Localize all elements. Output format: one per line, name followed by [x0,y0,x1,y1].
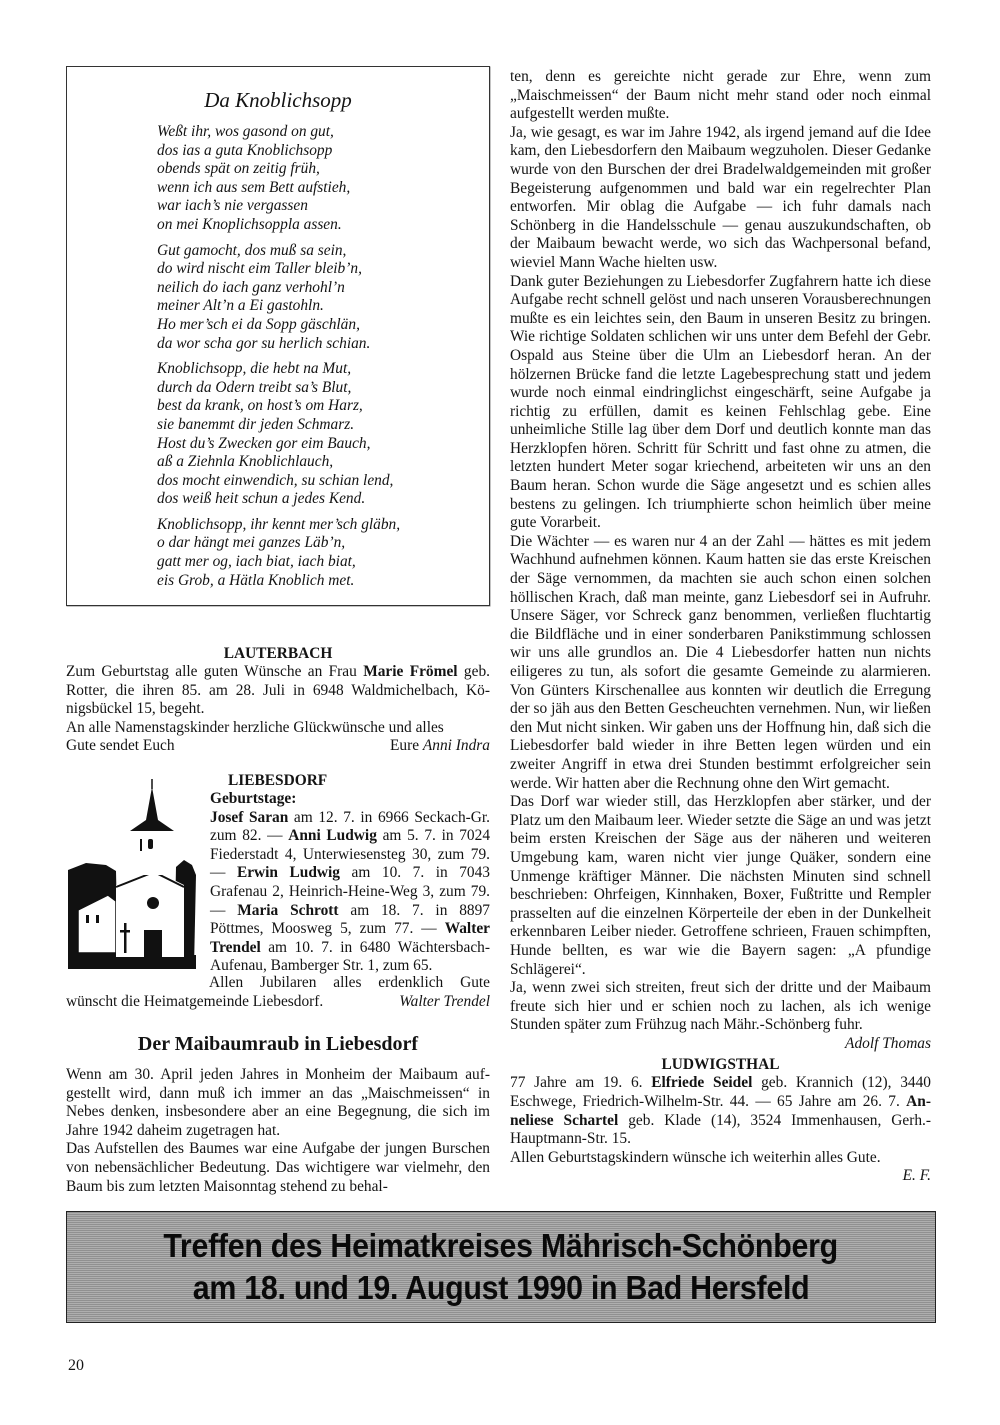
event-banner: Treffen des Heimatkreises Mährisch-Schön… [66,1211,936,1323]
lauterbach-nameday-text: An alle Namenstagskinder herzliche Glück… [66,719,490,738]
poem-title: Da Knoblichsopp [67,87,489,113]
lauterbach-section: LAUTERBACH Zum Geburtstag alle guten Wün… [66,644,490,756]
poem-box: Da Knoblichsopp Weßt ihr, wos gasond on … [66,66,490,606]
poem-line: Ho mer’sch ei da Sopp gäschlän, [157,316,400,335]
poem-line: dos weiß heit schun a jedes Kend. [157,490,400,509]
article-paragraph: Wenn am 30. April jeden Jahres in Monhei… [66,1066,490,1140]
poem-line: dos mocht einwendich, su schian lend, [157,472,400,491]
ludwigsthal-birthday-text: 77 Jahre am 19. 6. Elfriede Seidel geb. … [510,1074,931,1148]
section-heading: LIEBESDORF [210,771,490,790]
poem-line: war iach’s nie vergassen [157,197,400,216]
poem-line: eis Grob, a Hätla Knoblich met. [157,572,400,591]
section-heading: LUDWIGSTHAL [510,1055,931,1074]
person-name: Josef Saran [210,809,288,826]
poem-body: Weßt ihr, wos gasond on gut, dos ias a g… [157,123,400,597]
poem-line: sie banemmt dir jeden Schmarz. [157,416,400,435]
birthday-list: Josef Saran am 12. 7. in 6966 Seckach-Gr… [210,809,490,976]
banner-line-2: am 18. und 19. August 1990 in Bad Hersfe… [193,1267,810,1309]
signature: Eure Anni Indra [390,737,490,756]
banner-line-1: Treffen des Heimatkreises Mährisch-Schön… [164,1225,839,1267]
article-author: Adolf Thomas [510,1035,931,1054]
article-left-column: Wenn am 30. April jeden Jahres in Monhei… [66,1066,490,1196]
poem-line: on mei Knoplichsoppla assen. [157,216,400,235]
poem-line: obends spät on zeitig früh, [157,160,400,179]
poem-line: da wor scha gor su herlich schian. [157,335,400,354]
article-title: Der Maibaumraub in Liebesdorf [66,1032,490,1056]
person-name: Marie Frömel [363,663,457,680]
liebesdorf-text: LIEBESDORF Geburtstage: Josef Saran am 1… [210,771,490,976]
poem-line: Weßt ihr, wos gasond on gut, [157,123,400,142]
poem-line: Knoblichsopp, die hebt na Mut, [157,360,400,379]
person-name: Elfriede Seidel [651,1074,752,1091]
page-number: 20 [68,1357,84,1375]
person-name: Maria Schrott [237,902,338,919]
poem-line: durch da Odern treibt sa’s Blut, [157,379,400,398]
poem-line: gatt mer og, iach biat, iach biat, [157,553,400,572]
liebesdorf-section: LIEBESDORF Geburtstage: Josef Saran am 1… [66,771,490,1011]
left-column: Da Knoblichsopp Weßt ihr, wos gasond on … [66,66,490,606]
lauterbach-birthday-text: Zum Geburtstag alle guten Wünsche an Fra… [66,663,490,719]
poem-line: Host du’s Zwecken gor eim Bauch, [157,435,400,454]
poem-line: dos ias a guta Knoblichsopp [157,142,400,161]
poem-line: meiner Alt’n a Ei gastohln. [157,297,400,316]
poem-stanza: Knoblichsopp, ihr kennt mer’sch gläbn, o… [157,516,400,590]
article-paragraph: Das Aufstellen des Baumes war eine Aufga… [66,1140,490,1196]
article-paragraph: ten, denn es gereichte nicht gerade zur … [510,68,931,124]
article-paragraph: Dank guter Beziehungen zu Liebesdorfer Z… [510,273,931,533]
poem-stanza: Knoblichsopp, die hebt na Mut, durch da … [157,360,400,509]
poem-line: Gut gamocht, dos muß sa sein, [157,242,400,261]
poem-line: wenn ich aus sem Bett aufstieh, [157,179,400,198]
poem-line: best da krank, on host’s om Harz, [157,397,400,416]
person-name: Erwin Ludwig [237,864,340,881]
lauterbach-signature-line: Gute sendet Euch Eure Anni Indra [66,737,490,756]
article-paragraph: Ja, wenn zwei sich streiten, freut sich … [510,979,931,1035]
section-heading: LAUTERBACH [66,644,490,663]
article-paragraph: Die Wächter — es waren nur 4 an der Zahl… [510,533,931,793]
person-name: Anni Ludwig [288,827,377,844]
poem-line: Knoblichsopp, ihr kennt mer’sch gläbn, [157,516,400,535]
church-illustration-icon [66,775,201,975]
poem-line: o dar hängt mei ganzes Läb’n, [157,534,400,553]
poem-line: do wird nischt eim Taller bleib’n, [157,260,400,279]
ludwigsthal-closing: Allen Geburtstagskindern wünsche ich wei… [510,1149,931,1168]
article-paragraph: Ja, wie gesagt, es war im Jahre 1942, al… [510,124,931,273]
poem-stanza: Weßt ihr, wos gasond on gut, dos ias a g… [157,123,400,235]
subheading: Geburtstage: [210,790,490,809]
poem-line: aß a Ziehnla Knoblichlauch, [157,453,400,472]
poem-stanza: Gut gamocht, dos muß sa sein, do wird ni… [157,242,400,354]
poem-line: neilich do iach ganz verhohl’n [157,279,400,298]
right-column: ten, denn es gereichte nicht gerade zur … [510,68,931,1186]
signature: E. F. [510,1167,931,1186]
article-paragraph: Das Dorf war wieder still, das Herzklopf… [510,793,931,979]
